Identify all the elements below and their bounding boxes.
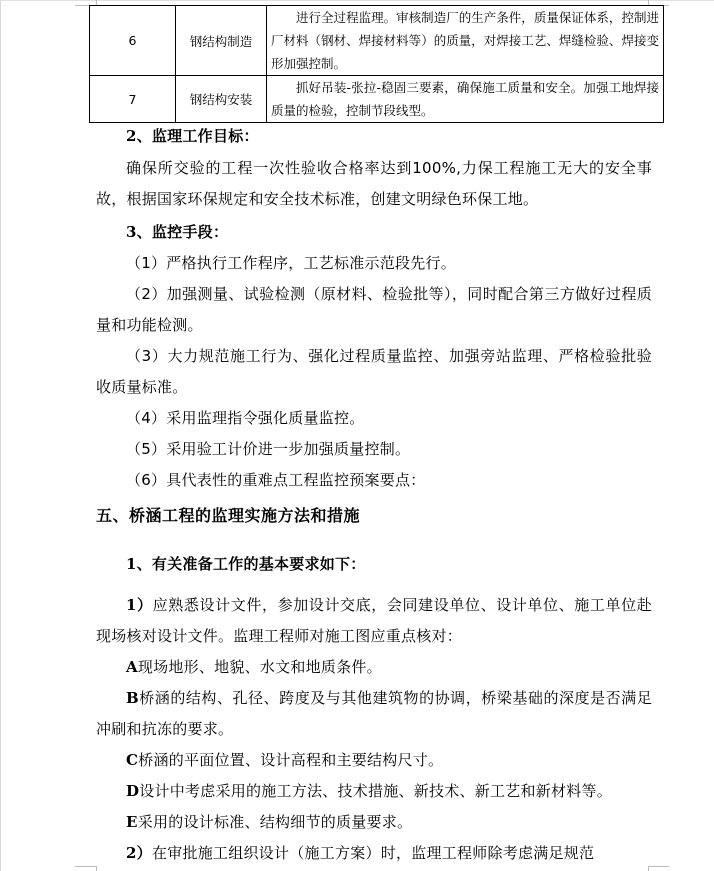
item-description: 抓好吊装-张拉-稳固三要素，确保施工质量和安全。加强工地焊接质量的检验，控制节段… <box>267 76 664 123</box>
item-description: 进行全过程监理。审核制造厂的生产条件，质量保证体系，控制进厂材料（钢材、焊接材料… <box>267 6 664 76</box>
check-text: 桥涵的结构、孔径、跨度及与其他建筑物的协调，桥梁基础的深度是否满足冲刷和抗冻的要… <box>96 689 652 738</box>
control-heading: 3、监控手段： <box>96 217 652 248</box>
goal-body: 确保所交验的工程一次性验收合格率达到100%,力保工程施工无大的安全事故，根据国… <box>96 153 652 215</box>
control-item-2: （2）加强测量、试验检测（原材料、检验批等），同时配合第三方做好过程质量和功能检… <box>96 279 652 341</box>
check-letter: C <box>126 751 138 769</box>
row-number: 6 <box>90 6 176 76</box>
control-item-5: （5）采用验工计价进一步加强质量控制。 <box>96 434 652 465</box>
supervision-items-table: 6 钢结构制造 进行全过程监理。审核制造厂的生产条件，质量保证体系，控制进厂材料… <box>89 5 664 123</box>
check-item-c: C桥涵的平面位置、设计高程和主要结构尺寸。 <box>96 745 652 776</box>
margin-corner-mark <box>75 866 96 867</box>
check-text: 现场地形、地貌、水文和地质条件。 <box>138 658 382 676</box>
check-letter: E <box>126 813 138 831</box>
item-name: 钢结构安装 <box>176 76 267 123</box>
page-left-edge <box>0 0 1 871</box>
control-item-4: （4）采用监理指令强化质量监控。 <box>96 403 652 434</box>
check-item-a: A现场地形、地貌、水文和地质条件。 <box>96 652 652 683</box>
table-row: 7 钢结构安装 抓好吊装-张拉-稳固三要素，确保施工质量和安全。加强工地焊接质量… <box>90 76 664 123</box>
check-item-d: D设计中考虑采用的施工方法、技术措施、新技术、新工艺和新材料等。 <box>96 776 652 807</box>
table-row: 6 钢结构制造 进行全过程监理。审核制造厂的生产条件，质量保证体系，控制进厂材料… <box>90 6 664 76</box>
page-top-edge <box>0 0 714 1</box>
prep-item-1-text: 应熟悉设计文件，参加设计交底，会同建设单位、设计单位、施工单位赴现场核对设计文件… <box>96 596 652 645</box>
prep-item-1: 1）应熟悉设计文件，参加设计交底，会同建设单位、设计单位、施工单位赴现场核对设计… <box>96 590 652 652</box>
control-item-3: （3）大力规范施工行为、强化过程质量监控、加强旁站监理、严格检验批验收质量标准。 <box>96 341 652 403</box>
prep-heading: 1、有关准备工作的基本要求如下： <box>96 549 652 580</box>
prep-item-2-lead: 2） <box>126 844 152 862</box>
prep-item-2-text: 在审批施工组织设计（施工方案）时，监理工程师除考虑满足规范 <box>152 844 594 862</box>
goal-heading: 2、监理工作目标： <box>96 121 652 152</box>
chapter-title: 五、桥涵工程的监理实施方法和措施 <box>96 503 360 526</box>
check-letter: B <box>126 689 139 707</box>
prep-item-1-lead: 1） <box>126 596 153 614</box>
item-name: 钢结构制造 <box>176 6 267 76</box>
check-item-e: E采用的设计标准、结构细节的质量要求。 <box>96 807 652 838</box>
check-letter: D <box>126 782 139 800</box>
check-letter: A <box>126 658 138 676</box>
check-text: 桥涵的平面位置、设计高程和主要结构尺寸。 <box>138 751 443 769</box>
control-item-1: （1）严格执行工作程序，工艺标准示范段先行。 <box>96 248 652 279</box>
check-item-b: B桥涵的结构、孔径、跨度及与其他建筑物的协调，桥梁基础的深度是否满足冲刷和抗冻的… <box>96 683 652 745</box>
control-item-6: （6）具代表性的重难点工程监控预案要点： <box>96 465 652 496</box>
check-text: 设计中考虑采用的施工方法、技术措施、新技术、新工艺和新材料等。 <box>139 782 612 800</box>
row-number: 7 <box>90 76 176 123</box>
prep-item-2: 2）在审批施工组织设计（施工方案）时，监理工程师除考虑满足规范 <box>96 838 652 869</box>
check-text: 采用的设计标准、结构细节的质量要求。 <box>138 813 413 831</box>
